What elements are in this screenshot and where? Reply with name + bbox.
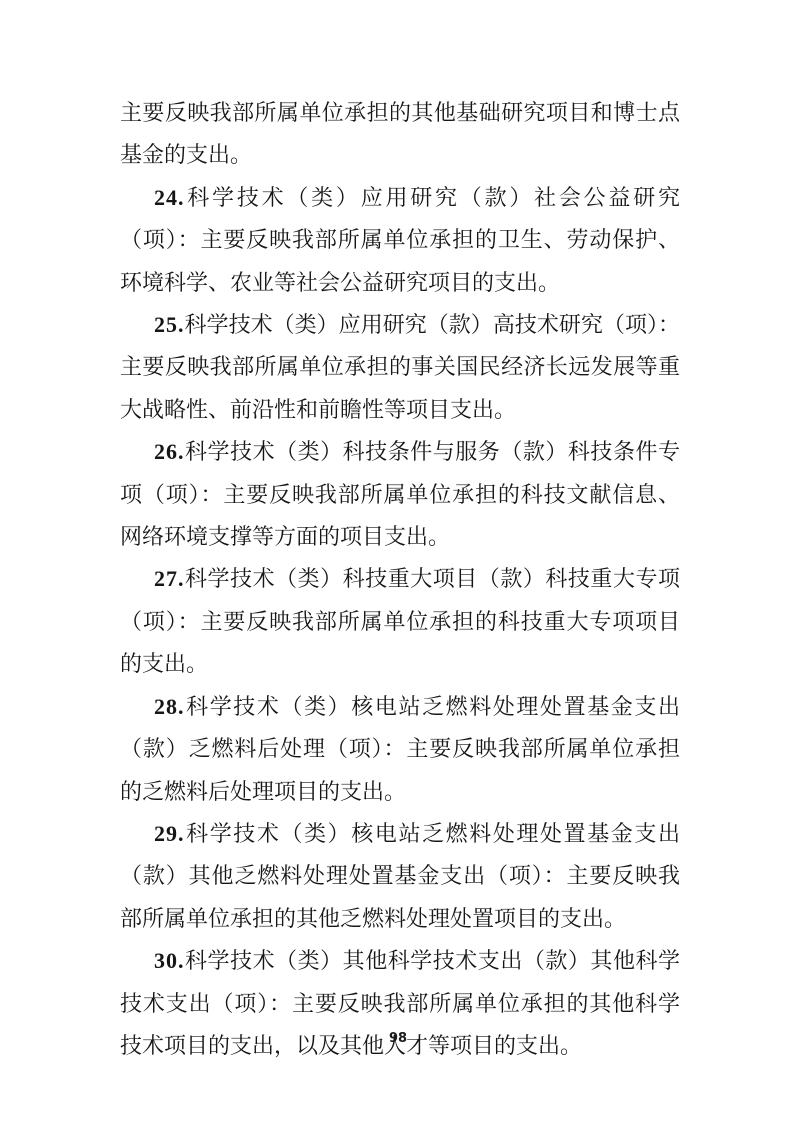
paragraph-text: 科学技术（类）核电站乏燃料处理处置基金支出（款）其他乏燃料处理处置基金支出（项）… <box>120 821 680 931</box>
page-number: 98 <box>0 1031 796 1046</box>
paragraph-number: 26. <box>154 439 185 464</box>
text-block: 主要反映我部所属单位承担的其他基础研究项目和博士点基金的支出。24.科学技术（类… <box>120 92 680 1067</box>
paragraph-text: 科学技术（类）核电站乏燃料处理处置基金支出（款）乏燃料后处理（项）：主要反映我部… <box>120 694 680 804</box>
paragraph-number: 27. <box>154 566 185 591</box>
paragraph: 25.科学技术（类）应用研究（款）高技术研究（项）：主要反映我部所属单位承担的事… <box>120 304 680 431</box>
paragraph-number: 28. <box>154 694 185 719</box>
paragraph: 27.科学技术（类）科技重大项目（款）科技重大专项（项）：主要反映我部所属单位承… <box>120 558 680 685</box>
paragraph-text: 主要反映我部所属单位承担的其他基础研究项目和博士点基金的支出。 <box>120 100 680 167</box>
paragraph-text: 科学技术（类）应用研究（款）高技术研究（项）：主要反映我部所属单位承担的事关国民… <box>120 312 680 422</box>
paragraph-number: 29. <box>154 821 185 846</box>
paragraph: 24.科学技术（类）应用研究（款）社会公益研究（项）：主要反映我部所属单位承担的… <box>120 177 680 304</box>
paragraph: 26.科学技术（类）科技条件与服务（款）科技条件专项（项）：主要反映我部所属单位… <box>120 431 680 558</box>
paragraph: 28.科学技术（类）核电站乏燃料处理处置基金支出（款）乏燃料后处理（项）：主要反… <box>120 686 680 813</box>
paragraph-number: 30. <box>154 948 185 973</box>
paragraph-text: 科学技术（类）科技条件与服务（款）科技条件专项（项）：主要反映我部所属单位承担的… <box>120 439 680 549</box>
paragraph: 主要反映我部所属单位承担的其他基础研究项目和博士点基金的支出。 <box>120 92 680 177</box>
paragraph-number: 25. <box>154 312 185 337</box>
paragraph: 30.科学技术（类）其他科学技术支出（款）其他科学技术支出（项）：主要反映我部所… <box>120 940 680 1067</box>
document-page: 主要反映我部所属单位承担的其他基础研究项目和博士点基金的支出。24.科学技术（类… <box>0 0 800 1131</box>
paragraph: 29.科学技术（类）核电站乏燃料处理处置基金支出（款）其他乏燃料处理处置基金支出… <box>120 813 680 940</box>
paragraph-number: 24. <box>154 185 185 210</box>
paragraph-text: 科学技术（类）应用研究（款）社会公益研究（项）：主要反映我部所属单位承担的卫生、… <box>120 185 680 295</box>
paragraph-text: 科学技术（类）科技重大项目（款）科技重大专项（项）：主要反映我部所属单位承担的科… <box>120 566 680 676</box>
